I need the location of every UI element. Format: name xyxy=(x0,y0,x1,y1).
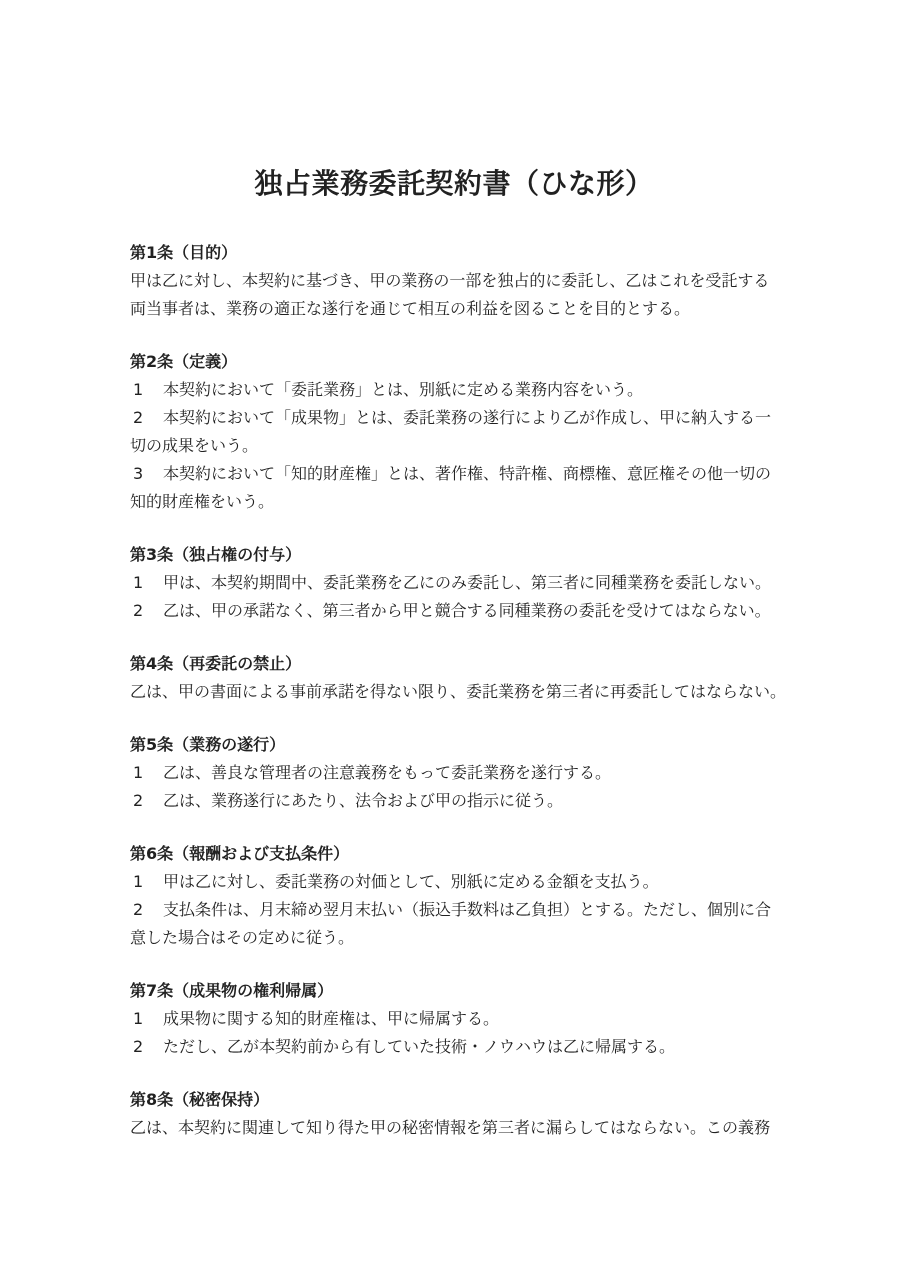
section-article-7: 第7条（成果物の権利帰属）1成果物に関する知的財産権は、甲に帰属する。2ただし、… xyxy=(130,977,778,1061)
clause-text: 甲は、本契約期間中、委託業務を乙にのみ委託し、第三者に同種業務を委託しない。 xyxy=(163,573,771,592)
clause-text: 支払条件は、月末締め翌月末払い（振込手数料は乙負担）とする。ただし、個別に合 xyxy=(163,900,771,919)
section-article-6: 第6条（報酬および支払条件）1甲は乙に対し、委託業務の対価として、別紙に定める金… xyxy=(130,840,778,952)
section-article-2: 第2条（定義）1本契約において「委託業務」とは、別紙に定める業務内容をいう。2本… xyxy=(130,348,778,516)
clause-number: 2 xyxy=(130,404,163,432)
clause-text: 乙は、甲の承諾なく、第三者から甲と競合する同種業務の委託を受けてはならない。 xyxy=(163,601,771,620)
clause-text: ただし、乙が本契約前から有していた技術・ノウハウは乙に帰属する。 xyxy=(163,1037,675,1056)
clause-item-continuation: 切の成果をいう。 xyxy=(130,432,778,460)
clause-item-line: 2本契約において「成果物」とは、委託業務の遂行により乙が作成し、甲に納入する一 xyxy=(130,404,778,432)
section-article-4: 第4条（再委託の禁止）乙は、甲の書面による事前承諾を得ない限り、委託業務を第三者… xyxy=(130,650,778,706)
section-heading: 第4条（再委託の禁止） xyxy=(130,650,778,678)
clause-item-line: 2乙は、甲の承諾なく、第三者から甲と競合する同種業務の委託を受けてはならない。 xyxy=(130,597,778,625)
paragraph-line: 乙は、甲の書面による事前承諾を得ない限り、委託業務を第三者に再委託してはならない… xyxy=(130,678,778,706)
clause-item-continuation: 知的財産権をいう。 xyxy=(130,488,778,516)
clause-item-line: 1甲は乙に対し、委託業務の対価として、別紙に定める金額を支払う。 xyxy=(130,868,778,896)
paragraph-line: 乙は、本契約に関連して知り得た甲の秘密情報を第三者に漏らしてはならない。この義務 xyxy=(130,1114,778,1142)
section-heading: 第3条（独占権の付与） xyxy=(130,541,778,569)
clause-text: 本契約において「成果物」とは、委託業務の遂行により乙が作成し、甲に納入する一 xyxy=(163,408,771,427)
clause-text: 本契約において「委託業務」とは、別紙に定める業務内容をいう。 xyxy=(163,380,643,399)
clause-number: 2 xyxy=(130,1033,163,1061)
clause-item-line: 1甲は、本契約期間中、委託業務を乙にのみ委託し、第三者に同種業務を委託しない。 xyxy=(130,569,778,597)
clause-text: 成果物に関する知的財産権は、甲に帰属する。 xyxy=(163,1009,499,1028)
clause-text: 乙は、善良な管理者の注意義務をもって委託業務を遂行する。 xyxy=(163,763,611,782)
clause-number: 1 xyxy=(130,759,163,787)
clause-number: 3 xyxy=(130,460,163,488)
clause-number: 2 xyxy=(130,597,163,625)
clause-number: 2 xyxy=(130,896,163,924)
clause-item-line: 1本契約において「委託業務」とは、別紙に定める業務内容をいう。 xyxy=(130,376,778,404)
section-heading: 第7条（成果物の権利帰属） xyxy=(130,977,778,1005)
paragraph-line: 甲は乙に対し、本契約に基づき、甲の業務の一部を独占的に委託し、乙はこれを受託する xyxy=(130,267,778,295)
clause-text: 本契約において「知的財産権」とは、著作権、特許権、商標権、意匠権その他一切の xyxy=(163,464,771,483)
section-article-8: 第8条（秘密保持）乙は、本契約に関連して知り得た甲の秘密情報を第三者に漏らしては… xyxy=(130,1086,778,1142)
section-article-5: 第5条（業務の遂行）1乙は、善良な管理者の注意義務をもって委託業務を遂行する。2… xyxy=(130,731,778,815)
paragraph-line: 両当事者は、業務の適正な遂行を通じて相互の利益を図ることを目的とする。 xyxy=(130,295,778,323)
clause-item-line: 1乙は、善良な管理者の注意義務をもって委託業務を遂行する。 xyxy=(130,759,778,787)
section-heading: 第5条（業務の遂行） xyxy=(130,731,778,759)
clause-text: 甲は乙に対し、委託業務の対価として、別紙に定める金額を支払う。 xyxy=(163,872,659,891)
document-page: 独占業務委託契約書（ひな形） 第1条（目的）甲は乙に対し、本契約に基づき、甲の業… xyxy=(0,0,904,1279)
clause-item-line: 1成果物に関する知的財産権は、甲に帰属する。 xyxy=(130,1005,778,1033)
document-title: 独占業務委託契約書（ひな形） xyxy=(130,164,778,204)
clause-number: 1 xyxy=(130,868,163,896)
section-heading: 第2条（定義） xyxy=(130,348,778,376)
clause-number: 1 xyxy=(130,376,163,404)
document-body: 第1条（目的）甲は乙に対し、本契約に基づき、甲の業務の一部を独占的に委託し、乙は… xyxy=(130,239,778,1142)
clause-text: 乙は、業務遂行にあたり、法令および甲の指示に従う。 xyxy=(163,791,563,810)
clause-number: 1 xyxy=(130,1005,163,1033)
section-article-3: 第3条（独占権の付与）1甲は、本契約期間中、委託業務を乙にのみ委託し、第三者に同… xyxy=(130,541,778,625)
clause-item-line: 2支払条件は、月末締め翌月末払い（振込手数料は乙負担）とする。ただし、個別に合 xyxy=(130,896,778,924)
clause-item-line: 2ただし、乙が本契約前から有していた技術・ノウハウは乙に帰属する。 xyxy=(130,1033,778,1061)
section-article-1: 第1条（目的）甲は乙に対し、本契約に基づき、甲の業務の一部を独占的に委託し、乙は… xyxy=(130,239,778,323)
clause-item-line: 2乙は、業務遂行にあたり、法令および甲の指示に従う。 xyxy=(130,787,778,815)
clause-number: 2 xyxy=(130,787,163,815)
section-heading: 第8条（秘密保持） xyxy=(130,1086,778,1114)
section-heading: 第1条（目的） xyxy=(130,239,778,267)
clause-item-continuation: 意した場合はその定めに従う。 xyxy=(130,924,778,952)
clause-number: 1 xyxy=(130,569,163,597)
clause-item-line: 3本契約において「知的財産権」とは、著作権、特許権、商標権、意匠権その他一切の xyxy=(130,460,778,488)
section-heading: 第6条（報酬および支払条件） xyxy=(130,840,778,868)
